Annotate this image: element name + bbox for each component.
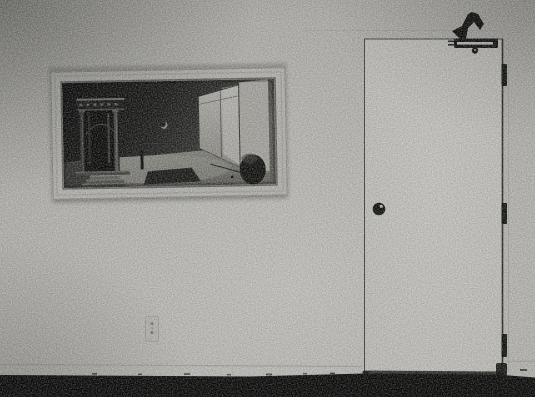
photo-canvas	[0, 0, 535, 397]
grain-overlay	[0, 0, 535, 397]
photograph	[0, 0, 535, 397]
